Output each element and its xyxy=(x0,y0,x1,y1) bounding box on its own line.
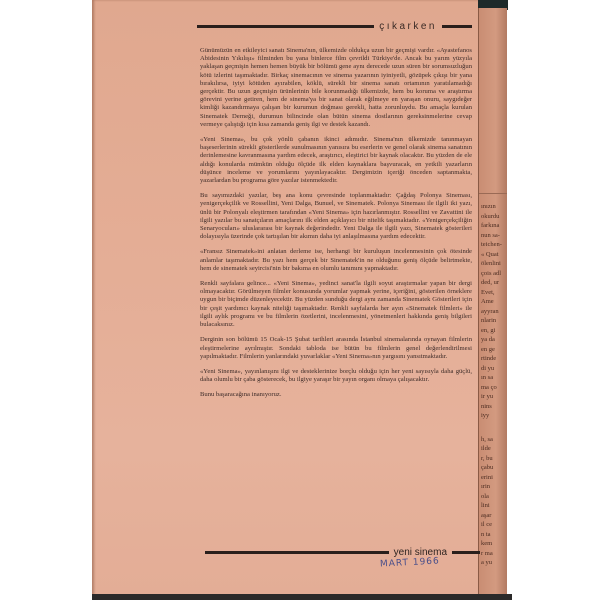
fragment: çois adl xyxy=(479,269,507,279)
fragment: lini xyxy=(479,501,507,511)
footer-rule-right xyxy=(452,551,480,554)
footer-rule-left xyxy=(205,551,389,554)
fragment: çabu xyxy=(479,463,507,473)
fragment: ded, ur xyxy=(479,278,507,288)
adjacent-page-edge: ınızın okurdu farkına nun sa- teichen- «… xyxy=(478,8,507,596)
section-header: çıkarken xyxy=(197,19,472,33)
fragment: r ma xyxy=(479,549,507,559)
fragment: ir yu xyxy=(479,392,507,402)
fragment: okurdu xyxy=(479,212,507,222)
section-title: çıkarken xyxy=(374,21,442,32)
scan-background-bottom xyxy=(92,594,512,600)
fragment: erini xyxy=(479,473,507,483)
fragment: n ta xyxy=(479,530,507,540)
fragment: nun sa- xyxy=(479,231,507,241)
fragment: Evet, xyxy=(479,288,507,298)
fragment: ınızın xyxy=(479,202,507,212)
fragment: ilde xyxy=(479,444,507,454)
fragment: Ame xyxy=(479,297,507,307)
fragment: iyy xyxy=(479,411,507,421)
fragment: ın sa xyxy=(479,373,507,383)
fragment: aşar xyxy=(479,511,507,521)
fragment: h, sa xyxy=(479,435,507,445)
fragment: ma ço xyxy=(479,383,507,393)
fragment: teichen- xyxy=(479,240,507,250)
fragment: nlarin xyxy=(479,316,507,326)
paragraph: Bunu başaracağına inanıyoruz. xyxy=(200,391,472,399)
paragraph: Bu sayımızdaki yazılar, beş ana konu çev… xyxy=(200,192,472,241)
fragment: ırin xyxy=(479,482,507,492)
paragraph: Derginin son bölümü 15 Ocak-15 Şubat tar… xyxy=(200,336,472,361)
paragraph: Renkli sayfalara gelince... «Yeni Sinema… xyxy=(200,280,472,329)
fragment: rtinde xyxy=(479,354,507,364)
fragment: en, gi xyxy=(479,326,507,336)
fragment: ya da xyxy=(479,335,507,345)
paragraph: «Fransız Sinematek»ini anlatan derleme i… xyxy=(200,248,472,273)
fragment: r, bu xyxy=(479,454,507,464)
fragment: ölenlini xyxy=(479,259,507,269)
paragraph: «Yeni Sinema», yayınlanışını ilgi ve des… xyxy=(200,368,472,384)
fragment: « Quat xyxy=(479,250,507,260)
editorial-body: Günümüzün en etkileyici sanatı Sinema'nı… xyxy=(200,47,472,407)
paragraph: Günümüzün en etkileyici sanatı Sinema'nı… xyxy=(200,47,472,129)
fragment: farkına xyxy=(479,221,507,231)
fragment: nins xyxy=(479,402,507,412)
fragment: di yu xyxy=(479,364,507,374)
fragment: ola xyxy=(479,492,507,502)
fragment: en ge xyxy=(479,345,507,355)
adjacent-page-blank-area xyxy=(479,8,507,194)
fragment: il ce xyxy=(479,520,507,530)
fragment: ayyran xyxy=(479,307,507,317)
magazine-name: yeni sinema xyxy=(389,547,452,558)
fragment: a yu xyxy=(479,558,507,568)
header-rule-right xyxy=(442,25,472,28)
fragment: kem xyxy=(479,539,507,549)
header-rule-left xyxy=(197,25,374,28)
paragraph: «Yeni Sinema», bu çok yönlü çabanın ikin… xyxy=(200,136,472,185)
